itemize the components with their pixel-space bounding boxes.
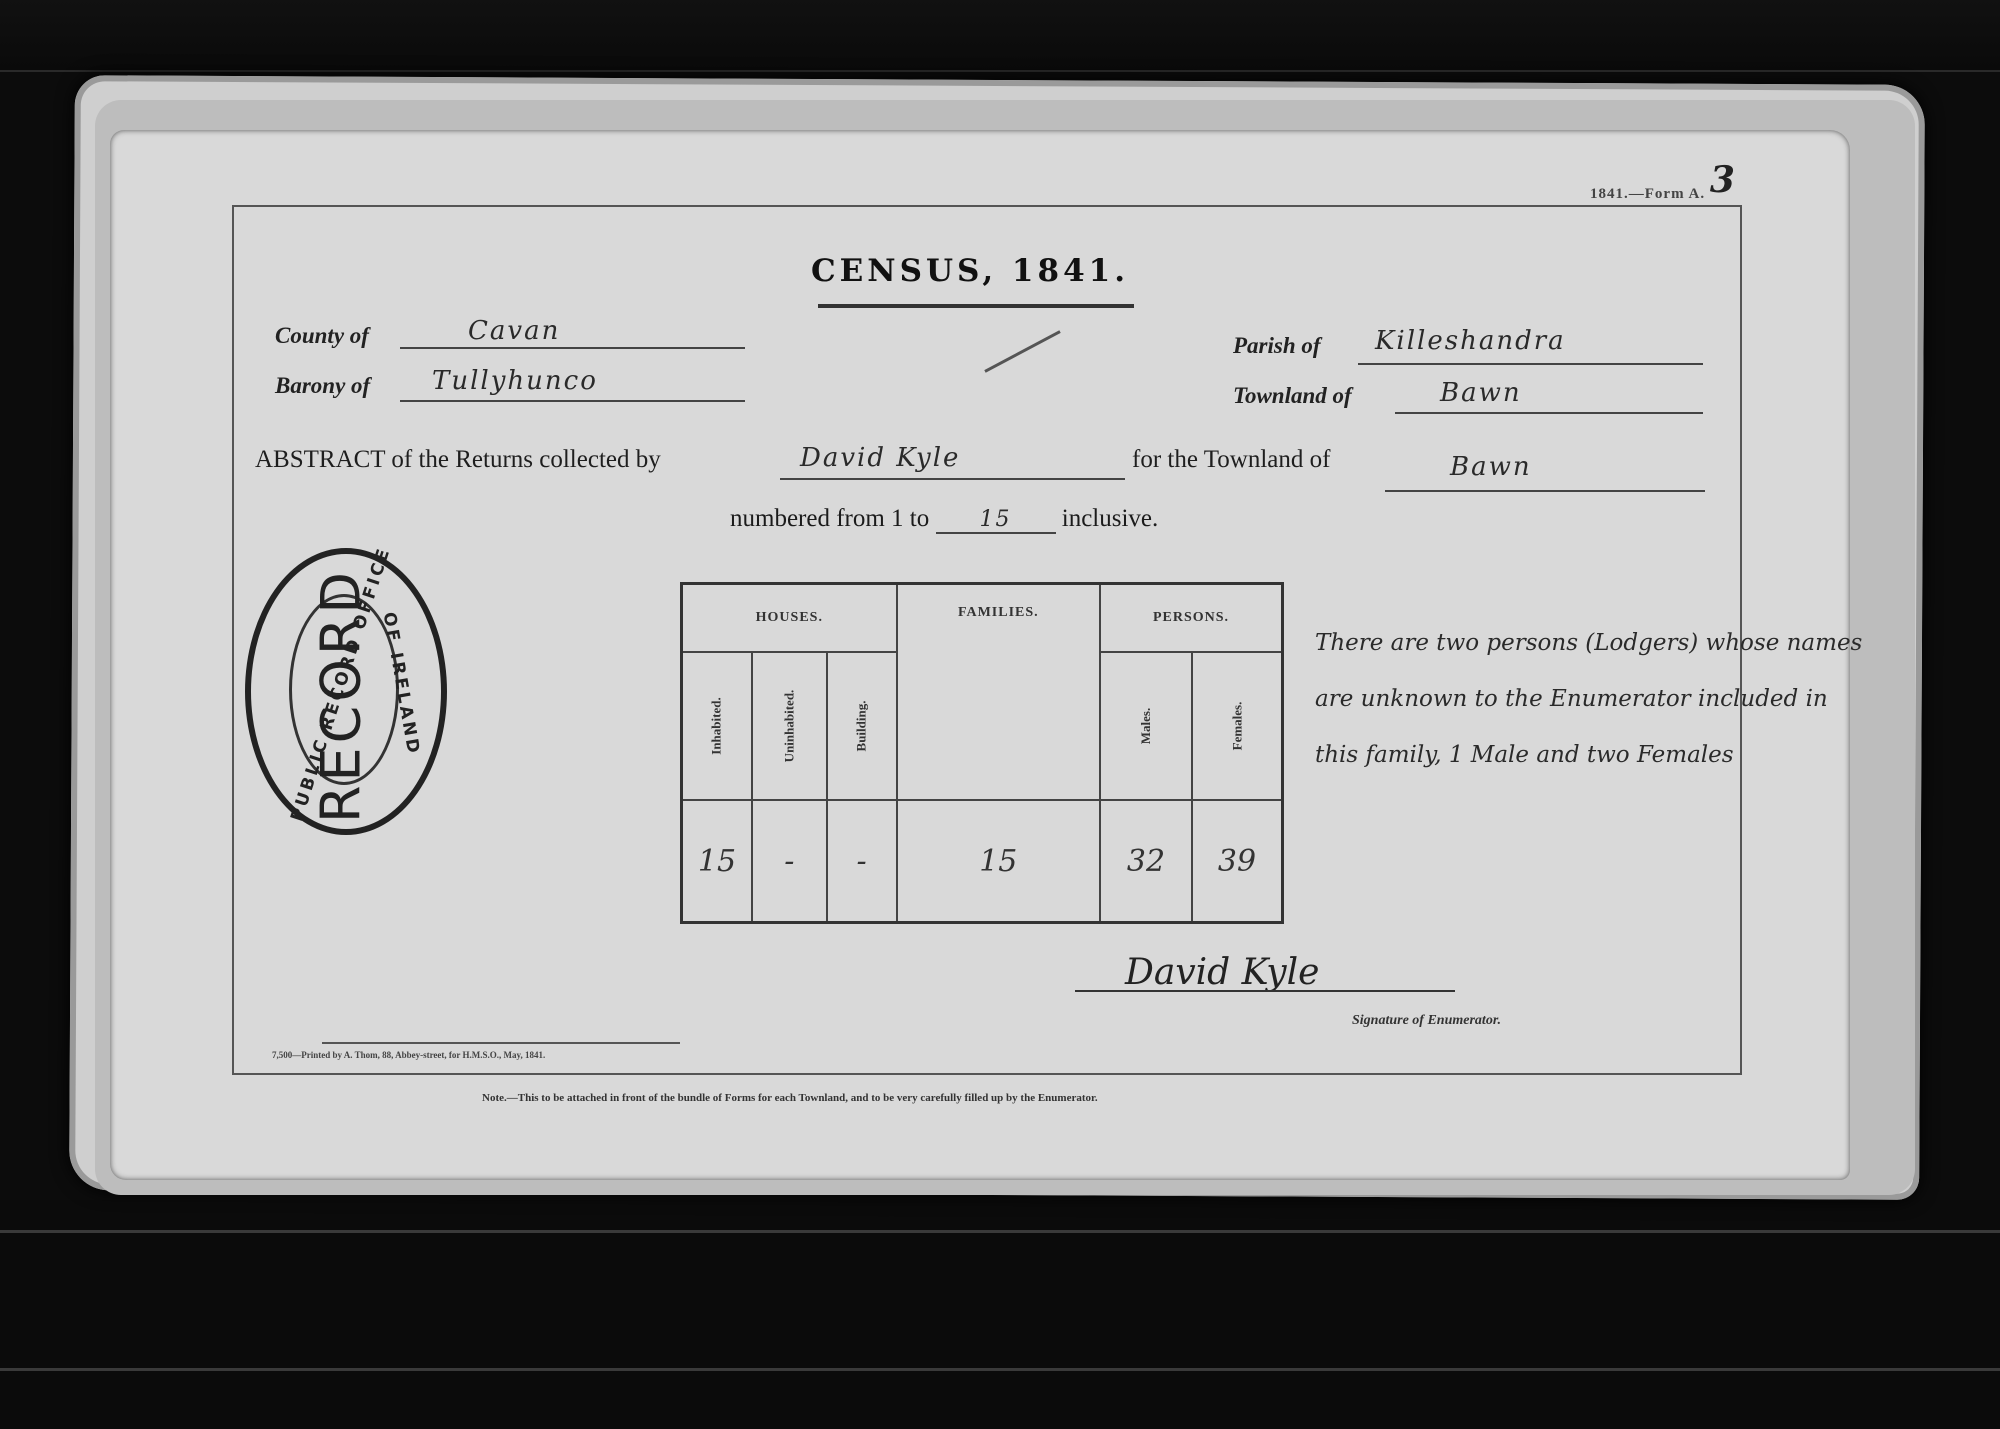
houses-header: HOUSES.: [682, 584, 897, 653]
numbered-range: numbered from 1 to 15 inclusive.: [730, 505, 1158, 534]
footnote: Note.—This to be attached in front of th…: [482, 1092, 1098, 1104]
townland-line: [1395, 412, 1703, 414]
divider: [0, 1230, 2000, 1233]
page-title: CENSUS, 1841.: [0, 253, 1940, 289]
collector-line: [780, 478, 1125, 480]
building-value: -: [827, 800, 897, 923]
form-reference: 1841.—Form A. 3: [1590, 165, 1736, 207]
top-background-band: [0, 0, 2000, 72]
males-value: 32: [1100, 800, 1192, 923]
females-value: 39: [1192, 800, 1283, 923]
families-header: FAMILIES.: [897, 584, 1100, 801]
building-header: Building.: [827, 652, 897, 800]
margin-note: There are two persons (Lodgers) whose na…: [1315, 615, 1875, 783]
county-line: [400, 347, 745, 349]
barony-label: Barony of: [275, 373, 370, 399]
families-value: 15: [897, 800, 1100, 923]
signature-line: [1075, 990, 1455, 992]
form-reference-handwritten: 3: [1710, 159, 1736, 201]
barony-value: Tullyhunco: [432, 366, 598, 396]
numbered-to-value: 15: [936, 507, 1056, 534]
printer-rule: [322, 1042, 680, 1044]
townland-label: Townland of: [1233, 383, 1352, 409]
public-record-office-stamp: RECORD PUBLIC RECORD OFFICE OF IRELAND: [245, 548, 447, 835]
table-row: 15 - - 15 32 39: [682, 800, 1283, 923]
persons-header: PERSONS.: [1100, 584, 1283, 653]
bottom-background-band: [0, 1200, 2000, 1429]
abstract-townland-value: Bawn: [1450, 452, 1532, 482]
abstract-townland-label: for the Townland of: [1132, 446, 1330, 474]
parish-value: Killeshandra: [1375, 326, 1566, 356]
numbered-prefix: numbered from 1 to: [730, 505, 929, 532]
uninhabited-header: Uninhabited.: [752, 652, 827, 800]
inhabited-value: 15: [682, 800, 753, 923]
printer-line: 7,500—Printed by A. Thom, 88, Abbey-stre…: [272, 1050, 545, 1060]
females-header: Females.: [1192, 652, 1283, 800]
inhabited-header: Inhabited.: [682, 652, 753, 800]
males-header: Males.: [1100, 652, 1192, 800]
signature-label: Signature of Enumerator.: [1352, 1013, 1501, 1029]
abstract-townland-line: [1385, 490, 1705, 492]
enumerator-signature: David Kyle: [1125, 952, 1319, 993]
county-label: County of: [275, 323, 369, 349]
townland-value: Bawn: [1440, 378, 1522, 408]
title-underline: [818, 304, 1134, 308]
abstract-prefix: ABSTRACT of the Returns collected by: [255, 446, 661, 474]
abstract-table: HOUSES. FAMILIES. PERSONS. Inhabited. Un…: [680, 582, 1284, 924]
parish-label: Parish of: [1233, 333, 1321, 359]
collector-value: David Kyle: [800, 443, 960, 473]
parish-line: [1358, 363, 1703, 365]
divider: [0, 1368, 2000, 1371]
barony-line: [400, 400, 745, 402]
numbered-suffix: inclusive.: [1062, 505, 1159, 532]
uninhabited-value: -: [752, 800, 827, 923]
table-group-header-row: HOUSES. FAMILIES. PERSONS.: [682, 584, 1283, 653]
county-value: Cavan: [468, 316, 560, 346]
